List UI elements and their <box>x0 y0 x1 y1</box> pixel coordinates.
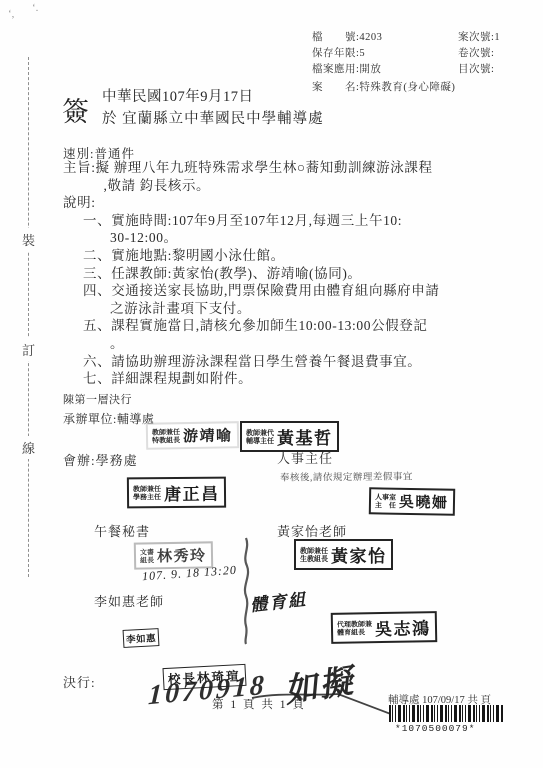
document-sheet: ʻ, ʻ. 裝 訂 線 檔 號:4203 案次號:1 保存年限:5 卷次號: 檔… <box>0 0 543 768</box>
file-header-row: 保存年限:5 卷次號: <box>312 46 500 62</box>
final-decision-label: 決行: <box>63 672 96 691</box>
stamp-name: 唐正昌 <box>164 480 220 505</box>
stamp-name: 游靖喻 <box>183 424 233 446</box>
first-level-decision-line: 陳第一層決行 <box>63 392 499 410</box>
stamp-name: 林秀玲 <box>157 544 207 566</box>
explanation-item-1: 一、實施時間:107年9月至107年12月,每週三上午10: 30-12:00。 <box>83 212 499 247</box>
stamp-li-ruhui: 李如惠 <box>123 628 160 648</box>
stamp-name: 黃家怡 <box>331 542 387 567</box>
explanation-label: 說明: <box>63 194 499 212</box>
stamp-title: 教師兼代 <box>246 429 274 437</box>
barcode <box>389 705 503 722</box>
explanation-item-7: 七、詳細課程規劃如附件。 <box>83 370 499 388</box>
stamp-tang-zhengchang: 教師兼任學務主任 唐正昌 <box>127 477 226 509</box>
archive-use-label: 檔案應用: <box>312 64 359 75</box>
stamp-you-jingyu: 教師兼任特教組長 游靖喻 <box>146 421 239 450</box>
co-sign-label: 會辦:學務處 <box>63 450 138 469</box>
doc-body: 主旨:擬 辦理八年九班特殊需求學生林○蕎知動訓練游泳課程 ,敬請 鈞長核示。 說… <box>63 159 499 429</box>
case-name-label: 案 名: <box>312 82 359 93</box>
archive-use-value: 開放 <box>359 64 381 75</box>
page-number-line: 第 1 頁 共 1 頁 <box>212 696 306 712</box>
file-header-row: 檔案應用:開放 目次號: <box>312 62 500 78</box>
doc-type-character: 簽 <box>62 90 91 129</box>
stamp-title: 組長 <box>140 556 154 564</box>
barcode-number: *1070500079* <box>395 723 475 734</box>
binding-char: 訂 <box>20 338 37 361</box>
stamp-name: 吳志鴻 <box>375 614 431 640</box>
explanation-item-5: 五、課程實施當日,請核允參加師生10:00-13:00公假登記 。 <box>83 317 499 352</box>
case-name-value: 特殊教育(身心障礙) <box>359 82 455 93</box>
hr-director-label: 人事主任 <box>277 448 333 467</box>
teacher-li-label: 李如惠老師 <box>94 591 164 610</box>
retention-value: 5 <box>359 48 365 59</box>
explanation-list: 一、實施時間:107年9月至107年12月,每週三上午10: 30-12:00。… <box>83 212 499 388</box>
subject-line: 主旨:擬 辦理八年九班特殊需求學生林○蕎知動訓練游泳課程 ,敬請 鈞長核示。 <box>63 159 499 194</box>
scan-mark: ʻ. <box>32 2 38 14</box>
stamp-name: 黃基哲 <box>277 424 333 449</box>
explanation-item-6: 六、請協助辦理游泳課程當日學生營養午餐退費事宜。 <box>83 353 499 371</box>
stamp-title: 主 任 <box>375 501 396 509</box>
stamp-title: 教師兼任 <box>133 485 161 493</box>
lunch-secretary-label: 午餐秘書 <box>94 521 150 540</box>
file-no-label: 檔 號: <box>312 32 359 43</box>
binding-char: 裝 <box>20 228 37 251</box>
stamp-title: 教師兼任 <box>300 547 328 555</box>
stamp-title: 體育組長 <box>337 628 372 637</box>
vol-seq-label: 卷次號: <box>458 48 494 59</box>
doc-location-line: 於 宜蘭縣立中華國民中學輔導處 <box>102 107 324 128</box>
stamp-title: 特教組長 <box>152 436 180 444</box>
stamp-name: 李如惠 <box>126 630 157 646</box>
stamp-title: 輔導主任 <box>246 437 274 445</box>
scan-mark: ʻ, <box>8 8 14 20</box>
item-seq-label: 目次號: <box>458 64 494 75</box>
stamp-huang-jiayi: 教師兼任生教組長 黃家怡 <box>294 539 393 570</box>
explanation-item-4: 四、交通接送家長協助,門票保險費用由體育組向縣府申請 之游泳計畫項下支付。 <box>83 282 499 317</box>
file-header-row: 檔 號:4203 案次號:1 <box>312 30 500 46</box>
explanation-item-3: 三、任課教師:黃家怡(教學)、游靖喻(協同)。 <box>83 265 499 283</box>
doc-date-line: 中華民國107年9月17日 <box>102 85 254 106</box>
stamp-name: 吳曉姍 <box>399 491 449 513</box>
pe-group-handwritten: 體育組 <box>249 585 308 616</box>
stamp-wu-zhihong: 代理教師兼體育組長 吳志鴻 <box>331 611 437 644</box>
hr-handwritten-note: 奉核後,請依規定辦理差假事宜 <box>280 468 413 483</box>
file-no-value: 4203 <box>359 32 382 43</box>
case-seq-value: 1 <box>494 32 500 43</box>
retention-label: 保存年限: <box>312 48 359 59</box>
file-number-header: 檔 號:4203 案次號:1 保存年限:5 卷次號: 檔案應用:開放 目次號: … <box>312 30 500 96</box>
stamp-title: 文書 <box>140 548 154 556</box>
teacher-huang-label: 黃家怡老師 <box>277 521 347 540</box>
stamp-title: 學務主任 <box>133 493 161 501</box>
explanation-item-2: 二、實施地點:黎明國小泳仕館。 <box>83 247 499 265</box>
case-seq-label: 案次號: <box>458 32 494 43</box>
stamp-wu-xiaoshan: 人事室主 任 吳曉姍 <box>369 487 455 515</box>
binding-char: 線 <box>20 436 37 459</box>
binding-dashed-line <box>28 57 29 577</box>
stamp-title: 生教組長 <box>300 555 328 563</box>
case-name-row: 案 名:特殊教育(身心障礙) <box>312 80 500 96</box>
